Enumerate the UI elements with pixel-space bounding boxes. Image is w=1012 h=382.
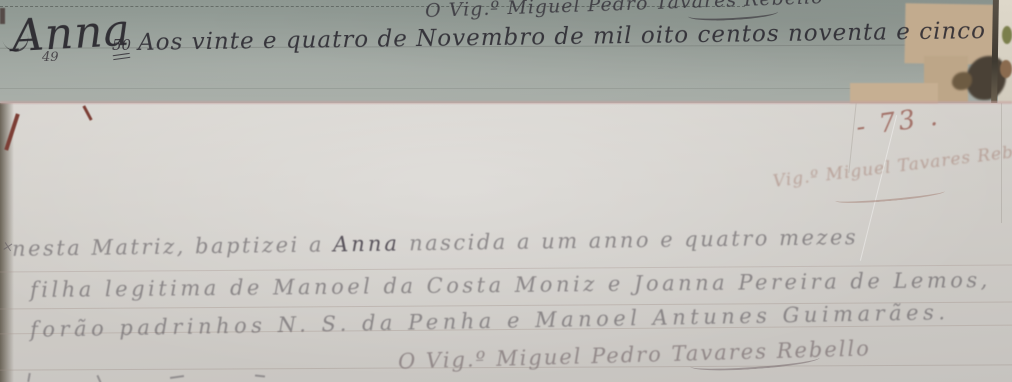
record-date-line: Aos vinte e quatro de Novembro de mil oi… <box>138 18 986 56</box>
tape-patch <box>850 83 938 103</box>
record-body-line: nesta Matriz, baptizei a Anna nascida a … <box>12 225 858 261</box>
baptism-register-photo: Anna 50 49 O Vig.º Miguel Pedro Tavares … <box>0 0 1012 382</box>
ink-stroke <box>82 105 92 121</box>
margin-record-number: 50 <box>112 36 131 54</box>
cutoff-line-stroke <box>170 375 184 379</box>
child-name-in-text: Anna <box>333 231 400 256</box>
page-number: - 73 . <box>854 101 942 142</box>
record-text: nesta Matriz, baptizei a <box>12 232 333 260</box>
edge-ink-fragment <box>0 8 5 24</box>
edge-stain <box>1002 26 1012 44</box>
record-text: nascida a um anno e quatro mezes <box>400 225 859 255</box>
cutoff-line-stroke <box>96 375 101 382</box>
edge-stain <box>1000 60 1012 78</box>
page-seam <box>0 101 1012 104</box>
register-fragment-strip: Anna 50 49 O Vig.º Miguel Pedro Tavares … <box>0 0 1012 103</box>
faded-vicar-annotation: Vig.º Miguel Tavares Rebello <box>772 138 1012 192</box>
double-dash-mark <box>113 53 131 60</box>
cutoff-line-stroke <box>255 374 265 377</box>
cutoff-line-stroke <box>27 373 31 382</box>
record-body-line: filha legitima de Manoel da Costa Moniz … <box>30 268 991 302</box>
margin-record-number-secondary: 49 <box>42 50 59 65</box>
register-page: - 73 . Vig.º Miguel Tavares Rebello × ne… <box>0 103 1012 382</box>
ink-flourish <box>835 186 945 206</box>
